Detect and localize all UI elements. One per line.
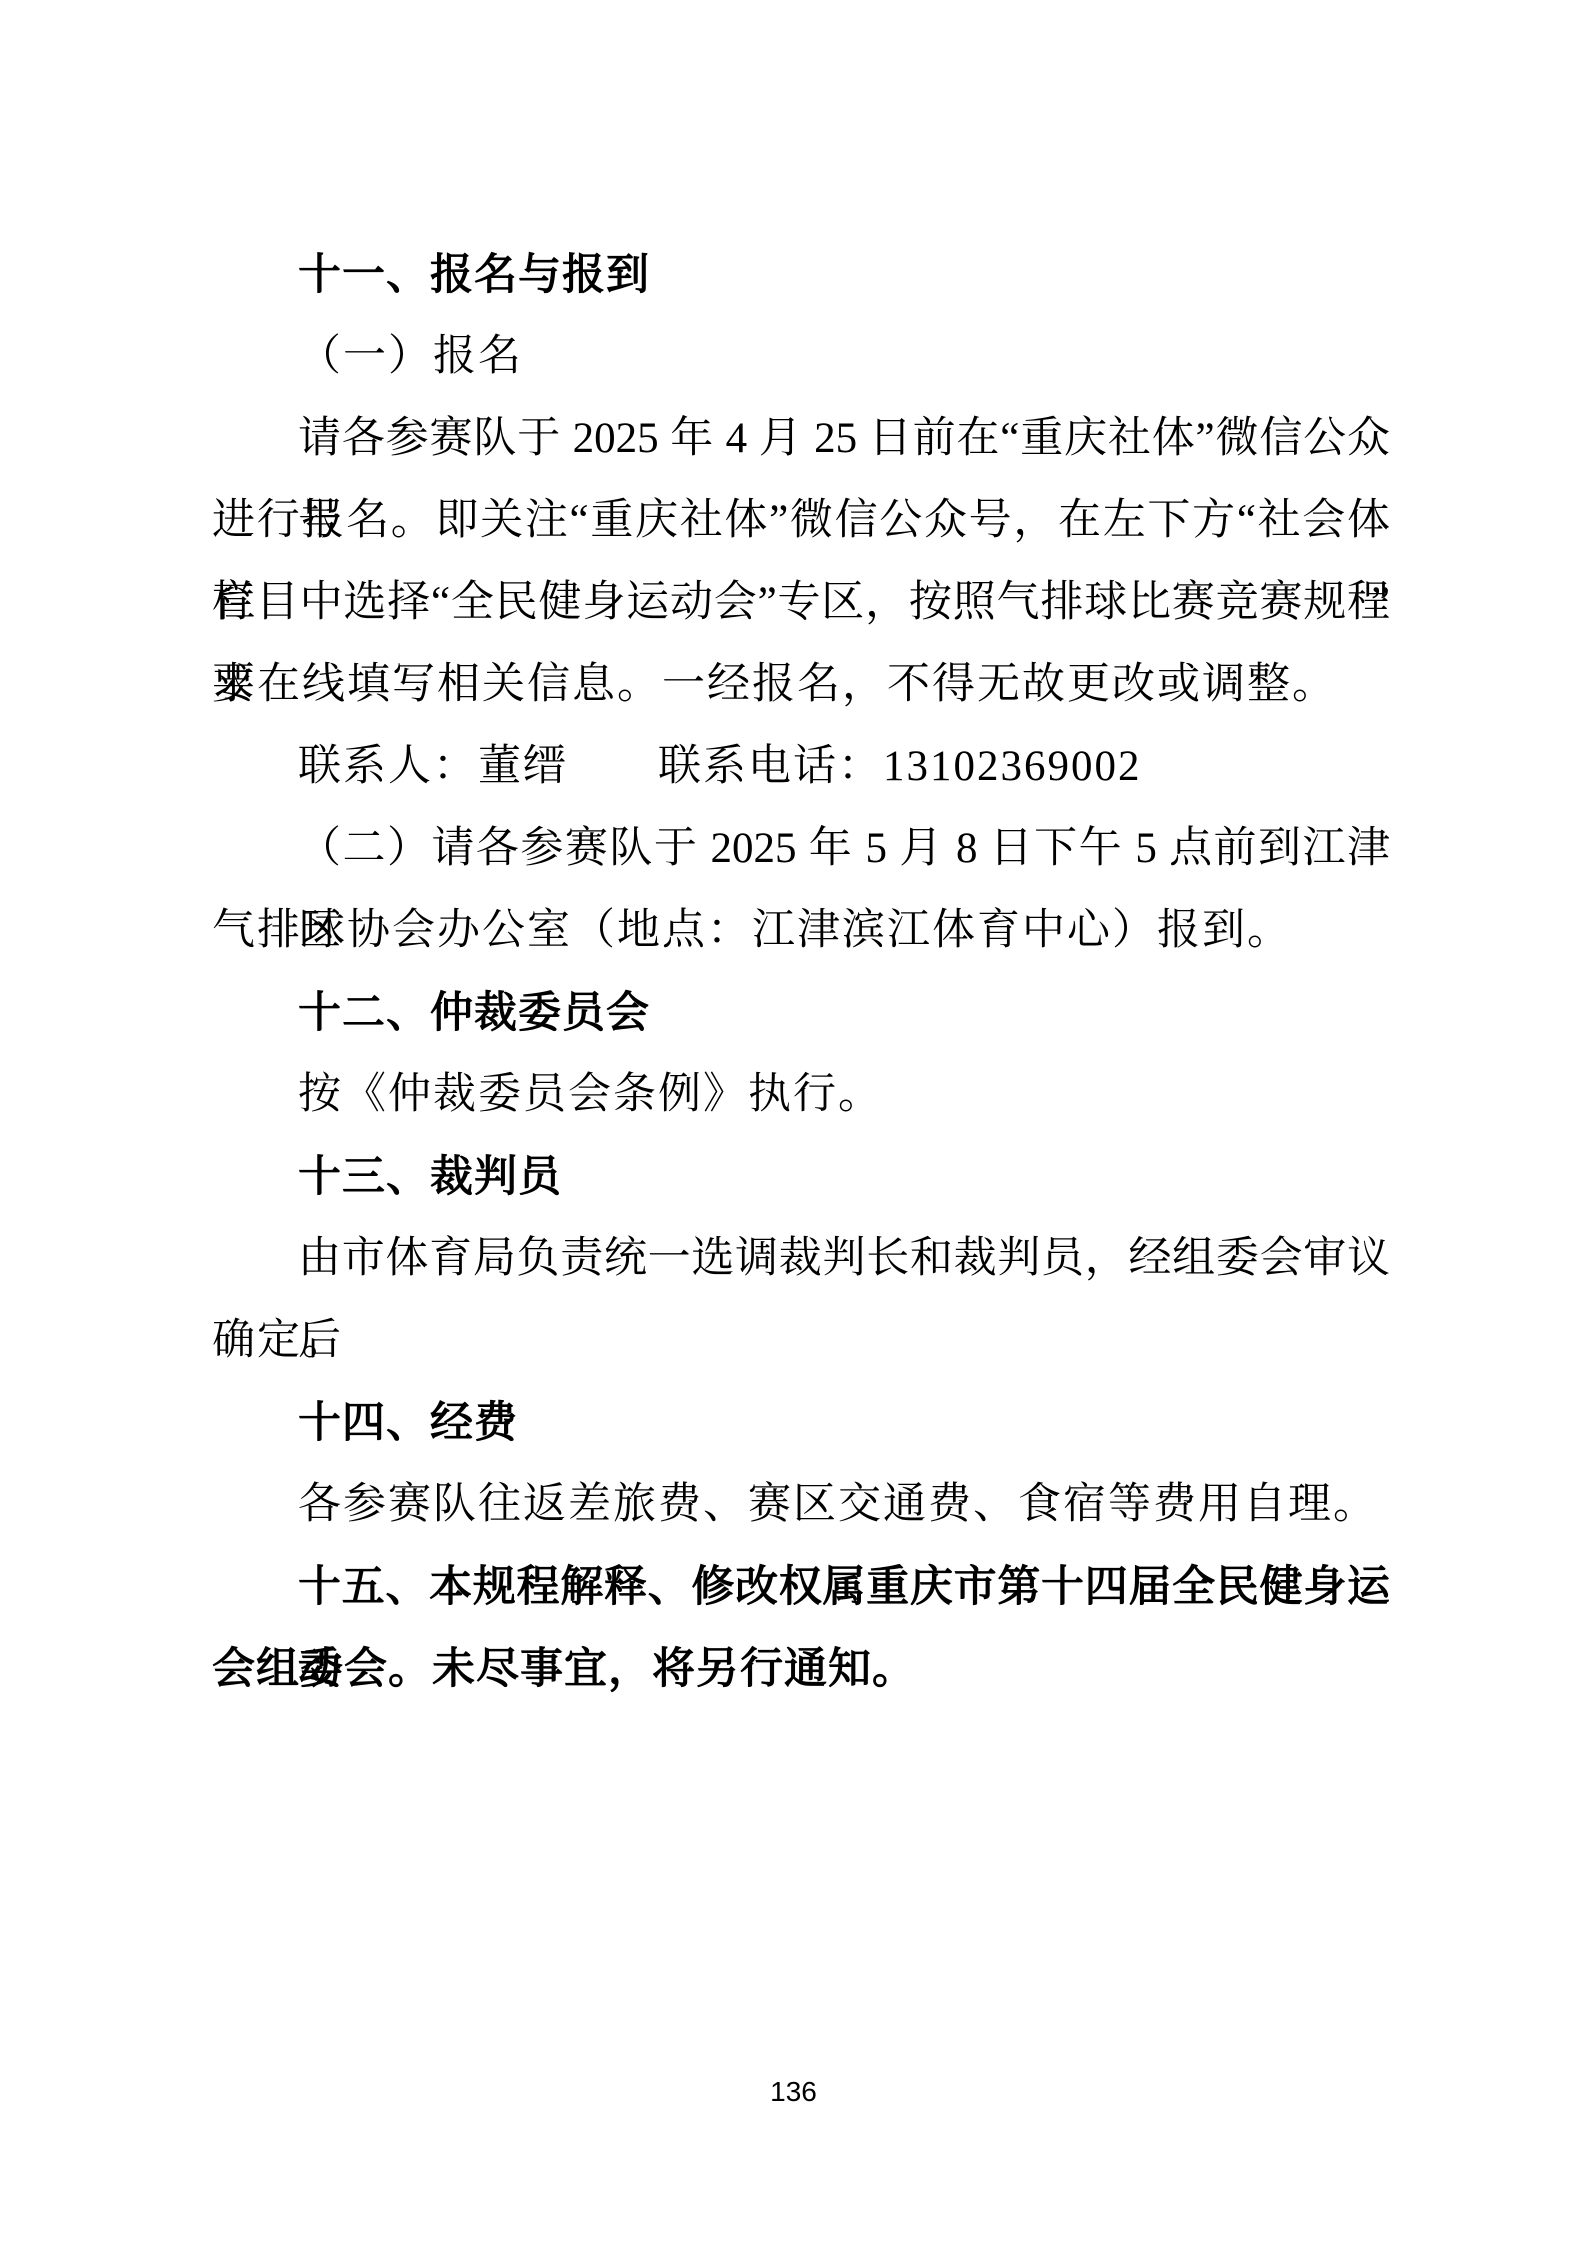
- section-heading: 十五、本规程解释、修改权属重庆市第十四届全民健身运动: [212, 1546, 1390, 1628]
- text-line: （一）报名: [212, 316, 1390, 398]
- text-line: 各参赛队往返差旅费、赛区交通费、食宿等费用自理。: [212, 1464, 1390, 1546]
- section-heading: 十二、仲裁委员会: [212, 972, 1390, 1054]
- text-line: （二）请各参赛队于 2025 年 5 月 8 日下午 5 点前到江津区: [212, 808, 1390, 890]
- document-text-block: 十一、报名与报到（一）报名请各参赛队于 2025 年 4 月 25 日前在“重庆…: [212, 234, 1390, 1710]
- text-line: 进行报名。即关注“重庆社体”微信公众号，在左下方“社会体育”: [212, 480, 1390, 562]
- section-heading: 十一、报名与报到: [212, 234, 1390, 316]
- text-line: 由市体育局负责统一选调裁判长和裁判员，经组委会审议后: [212, 1218, 1390, 1300]
- document-page: 十一、报名与报到（一）报名请各参赛队于 2025 年 4 月 25 日前在“重庆…: [0, 0, 1587, 2245]
- page-number: 136: [0, 2075, 1587, 2109]
- text-line: 求在线填写相关信息。一经报名，不得无故更改或调整。: [212, 644, 1390, 726]
- text-line: 确定。: [212, 1300, 1390, 1382]
- text-line: 请各参赛队于 2025 年 4 月 25 日前在“重庆社体”微信公众号: [212, 398, 1390, 480]
- section-heading: 十四、经费: [212, 1382, 1390, 1464]
- text-line: 气排球协会办公室（地点：江津滨江体育中心）报到。: [212, 890, 1390, 972]
- text-line: 联系人：董缙 联系电话：13102369002: [212, 726, 1390, 808]
- text-line: 栏目中选择“全民健身运动会”专区，按照气排球比赛竞赛规程要: [212, 562, 1390, 644]
- section-heading: 十三、裁判员: [212, 1136, 1390, 1218]
- text-line: 按《仲裁委员会条例》执行。: [212, 1054, 1390, 1136]
- section-heading: 会组委会。未尽事宜，将另行通知。: [212, 1628, 1390, 1710]
